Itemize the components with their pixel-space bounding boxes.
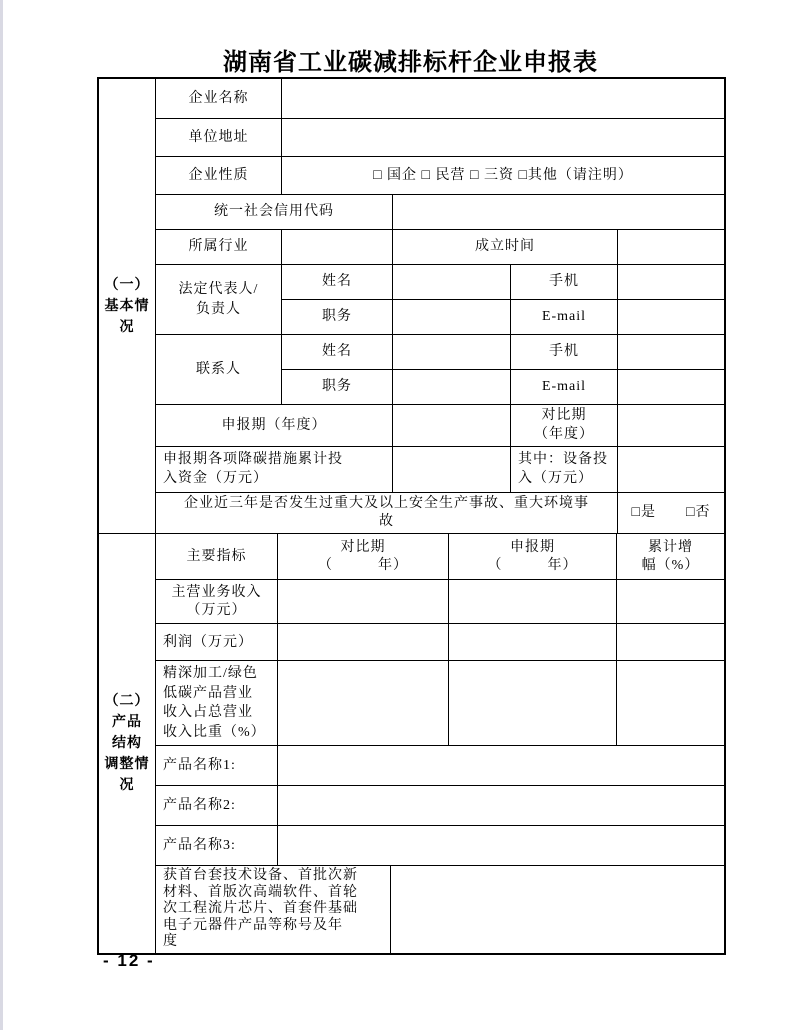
section1-label: （一） 基本情 况 [99,79,156,534]
founded-field [618,230,725,265]
profit-compare-field [278,624,449,661]
product2-label: 产品名称2: [156,786,278,826]
row-legal-rep-name: 法定代表人/ 负责人 姓名 手机 [99,265,725,300]
contact-mobile-field [618,335,725,370]
legal-rep-mobile-label: 手机 [511,265,618,300]
contact-name-field [393,335,511,370]
row-nature: 企业性质 □ 国企 □ 民营 □ 三资 □其他（请注明） [99,157,725,195]
row-indicator-header: （二） 产品 结构 调整情 况 主要指标 对比期 （ 年） 申报期 （ 年） 累… [99,534,725,580]
product1-label: 产品名称1: [156,746,278,786]
legal-rep-title-field [393,300,511,335]
nature-options: □ 国企 □ 民营 □ 三资 □其他（请注明） [282,157,725,195]
profit-growth-field [617,624,725,661]
application-form-table: （一） 基本情 况 企业名称 单位地址 企业性质 □ 国企 □ 民营 □ 三资 … [97,77,726,955]
profit-report-field [449,624,617,661]
company-name-label: 企业名称 [156,79,282,119]
equipment-label: 其中：设备投 入（万元） [511,447,618,493]
green-share-growth-field [617,661,725,746]
accident-options: □是 □否 [618,493,725,534]
legal-rep-label: 法定代表人/ 负责人 [156,265,282,335]
row-report-period: 申报期（年度） 对比期 （年度） [99,405,725,447]
document-page: 湖南省工业碳减排标杆企业申报表 （一） 基本情 况 企业名称 单位地址 企业性 [0,0,795,1030]
growth-header: 累计增 幅（%） [617,534,725,580]
row-industry: 所属行业 成立时间 [99,230,725,265]
section2-label: （二） 产品 结构 调整情 况 [99,534,156,954]
legal-rep-email-field [618,300,725,335]
compare-period-field [618,405,725,447]
green-share-report-field [449,661,617,746]
row-green-share: 精深加工/绿色 低碳产品营业 收入占总营业 收入比重（%） [99,661,725,746]
row-product3: 产品名称3: [99,826,725,866]
contact-email-field [618,370,725,405]
founded-label: 成立时间 [393,230,618,265]
row-address: 单位地址 [99,119,725,157]
product2-field [278,786,725,826]
main-indicator-label: 主要指标 [156,534,278,580]
row-company-name: （一） 基本情 况 企业名称 [99,79,725,119]
row-accident: 企业近三年是否发生过重大及以上安全生产事故、重大环境事 故 □是 □否 [99,493,725,534]
row-credit-code: 统一社会信用代码 [99,195,725,230]
address-field [282,119,725,157]
green-share-compare-field [278,661,449,746]
compare-period-header: 对比期 （ 年） [278,534,449,580]
legal-rep-name-label: 姓名 [282,265,393,300]
row-product2: 产品名称2: [99,786,725,826]
page-left-edge [0,0,3,1030]
product3-field [278,826,725,866]
honors-label: 获首台套技术设备、首批次新 材料、首版次高端软件、首轮 次工程流片芯片、首套件基… [156,866,391,954]
industry-field [282,230,393,265]
row-honors: 获首台套技术设备、首批次新 材料、首版次高端软件、首轮 次工程流片芯片、首套件基… [99,866,725,954]
report-period-field [393,405,511,447]
legal-rep-title-label: 职务 [282,300,393,335]
contact-name-label: 姓名 [282,335,393,370]
report-period-label: 申报期（年度） [156,405,393,447]
section2-table: （二） 产品 结构 调整情 况 主要指标 对比期 （ 年） 申报期 （ 年） 累… [98,533,725,954]
contact-mobile-label: 手机 [511,335,618,370]
nature-label: 企业性质 [156,157,282,195]
credit-code-label: 统一社会信用代码 [156,195,393,230]
revenue-report-field [449,580,617,624]
address-label: 单位地址 [156,119,282,157]
page-number: - 12 - [103,951,155,971]
profit-label: 利润（万元） [156,624,278,661]
revenue-compare-field [278,580,449,624]
section1-table: （一） 基本情 况 企业名称 单位地址 企业性质 □ 国企 □ 民营 □ 三资 … [98,78,725,534]
honors-field [391,866,725,954]
green-share-label: 精深加工/绿色 低碳产品营业 收入占总营业 收入比重（%） [156,661,278,746]
contact-title-field [393,370,511,405]
product3-label: 产品名称3: [156,826,278,866]
row-revenue: 主营业务收入 （万元） [99,580,725,624]
contact-label: 联系人 [156,335,282,405]
revenue-growth-field [617,580,725,624]
contact-title-label: 职务 [282,370,393,405]
credit-code-field [393,195,725,230]
accident-label: 企业近三年是否发生过重大及以上安全生产事故、重大环境事 故 [156,493,618,534]
investment-label: 申报期各项降碳措施累计投 入资金（万元） [156,447,393,493]
contact-email-label: E-mail [511,370,618,405]
industry-label: 所属行业 [156,230,282,265]
company-name-field [282,79,725,119]
row-contact-name: 联系人 姓名 手机 [99,335,725,370]
row-profit: 利润（万元） [99,624,725,661]
revenue-label: 主营业务收入 （万元） [156,580,278,624]
legal-rep-name-field [393,265,511,300]
compare-period-label: 对比期 （年度） [511,405,618,447]
product1-field [278,746,725,786]
legal-rep-email-label: E-mail [511,300,618,335]
document-title: 湖南省工业碳减排标杆企业申报表 [97,42,724,77]
row-product1: 产品名称1: [99,746,725,786]
report-period-header: 申报期 （ 年） [449,534,617,580]
equipment-field [618,447,725,493]
investment-field [393,447,511,493]
legal-rep-mobile-field [618,265,725,300]
row-investment: 申报期各项降碳措施累计投 入资金（万元） 其中：设备投 入（万元） [99,447,725,493]
